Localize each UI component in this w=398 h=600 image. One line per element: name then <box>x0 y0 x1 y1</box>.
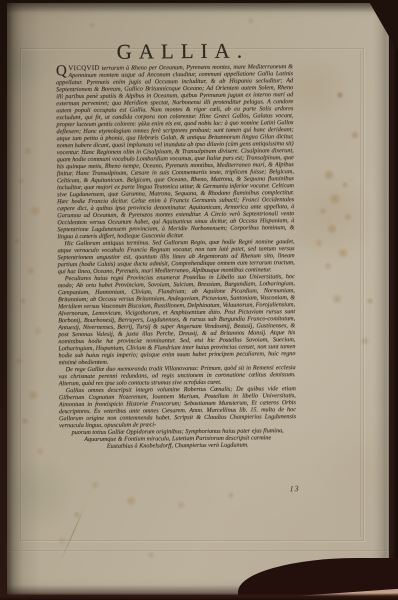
paragraph-3: Peculiares huius regni Provincias enumer… <box>58 273 296 366</box>
paragraph-4: De rege Galliæ duo memoranda tradit Vill… <box>59 364 296 387</box>
background-bottom-edge <box>0 593 398 600</box>
drop-cap: Q <box>56 65 68 78</box>
page-number: 13 <box>290 484 300 493</box>
scanned-book-photo: GALLIA. QVICQVID terrarum à Rheno per Oc… <box>0 0 398 600</box>
paragraph-1: QVICQVID terrarum à Rheno per Oceanum, P… <box>56 63 295 240</box>
book-page: GALLIA. QVICQVID terrarum à Rheno per Oc… <box>7 3 389 595</box>
top-edge-shadow <box>7 3 389 13</box>
paragraph-1-text: terrarum à Rheno per Oceanum, Pyrenæos m… <box>56 63 294 240</box>
page-title: GALLIA. <box>63 38 303 65</box>
body-text: QVICQVID terrarum à Rheno per Oceanum, P… <box>56 63 296 450</box>
closing-lines: puorum totius Galliæ Oppidorum originibu… <box>59 427 296 450</box>
printed-content: GALLIA. QVICQVID terrarum à Rheno per Oc… <box>7 3 389 595</box>
background-right-edge <box>388 0 398 600</box>
page-surface: GALLIA. QVICQVID terrarum à Rheno per Oc… <box>7 3 389 595</box>
paragraph-2: Hic Gallorum antiquus terminus. Sed Gall… <box>57 238 294 275</box>
right-edge-highlight <box>373 3 389 595</box>
paragraph-5: Gallias omnes descripsit integro volumin… <box>59 385 296 429</box>
binding-gutter-shadow <box>7 3 41 595</box>
